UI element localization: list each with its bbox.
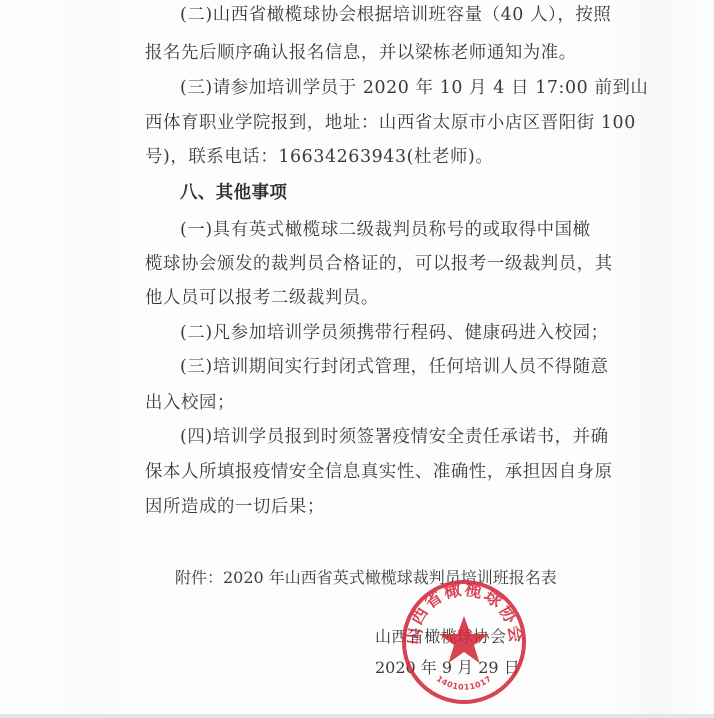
paragraph-line: (三)培训期间实行封闭式管理，任何培训人员不得随意 [180, 355, 577, 379]
section-heading: 八、其他事项 [180, 181, 287, 205]
paragraph-line: (三)请参加培训学员于 2020 年 10 月 4 日 17:00 前到山 [180, 76, 577, 100]
paragraph-line: 保本人所填报疫情安全信息真实性、准确性，承担因自身原 [145, 460, 577, 484]
signature-date: 2020 年 9 月 29 日 [375, 656, 506, 680]
paragraph-line: 榄球协会颁发的裁判员合格证的，可以报考一级裁判员，其 [145, 252, 577, 276]
paragraph-line: (四)培训学员报到时须签署疫情安全责任承诺书，并确 [180, 425, 577, 449]
paragraph-line: 他人员可以报考二级裁判员。 [145, 286, 577, 310]
paragraph-line: 西体育职业学院报到，地址：山西省太原市小店区晋阳街 100 [145, 111, 577, 135]
signature-organization: 山西省橄榄球协会 [375, 625, 506, 649]
paper-texture [600, 0, 714, 714]
paper-texture [50, 0, 140, 714]
attachment-line: 附件：2020 年山西省英式橄榄球裁判员培训班报名表 [175, 566, 549, 590]
paragraph-line: (二)山西省橄榄球协会根据培训班容量（40 人），按照 [180, 3, 577, 27]
paragraph-line: 因所造成的一切后果； [145, 495, 577, 519]
paragraph-line: 号)，联系电话：16634263943(杜老师)。 [145, 145, 577, 169]
paragraph-line: 出入校园； [145, 391, 577, 415]
paragraph-line: (一)具有英式橄榄球二级裁判员称号的或取得中国橄 [180, 218, 577, 242]
paragraph-line: (二)凡参加培训学员须携带行程码、健康码进入校园； [180, 321, 577, 345]
paragraph-line: 报名先后顺序确认报名信息，并以梁栋老师通知为准。 [145, 41, 577, 65]
document-page: (二)山西省橄榄球协会根据培训班容量（40 人），按照 报名先后顺序确认报名信息… [0, 0, 714, 714]
page-bottom-edge [0, 714, 714, 718]
